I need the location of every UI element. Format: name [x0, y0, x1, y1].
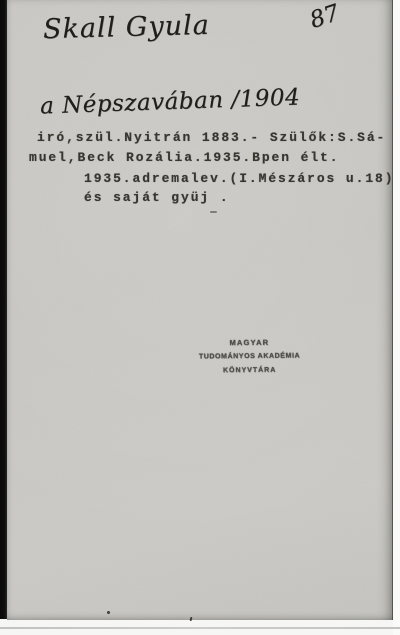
paper-speck	[107, 611, 110, 614]
stamp-line: TUDOMÁNYOS AKADÉMIA	[182, 349, 317, 364]
typed-biography-line: iró,szül.Nyitrán 1883.- Szülők:S.Sá-	[37, 130, 386, 145]
library-ownership-stamp: MAGYAR TUDOMÁNYOS AKADÉMIA KÖNYVTÁRA	[182, 335, 317, 378]
scan-right-margin	[393, 0, 400, 635]
scan-left-edge-bar	[0, 0, 7, 619]
typed-source-line: és saját gyüj .	[84, 190, 230, 205]
handwritten-title-line: a Népszavában /1904	[40, 84, 301, 119]
stamp-line: KÖNYVTÁRA	[182, 363, 317, 378]
handwritten-author-name: Skall Gyula	[43, 10, 211, 45]
stamp-line: MAGYAR	[182, 335, 317, 350]
typed-biography-line: muel,Beck Rozália.1935.Bpen élt.	[29, 150, 339, 165]
scan-bottom-line	[0, 627, 400, 629]
handwritten-corner-mark: 87	[307, 0, 343, 34]
scanned-page-background: Skall Gyula 87 a Népszavában /1904 iró,s…	[0, 0, 400, 635]
typed-source-line: 1935.adremalev.(I.Mészáros u.18)	[84, 171, 393, 186]
catalog-card: Skall Gyula 87 a Népszavában /1904 iró,s…	[7, 0, 393, 620]
scan-speck	[190, 617, 193, 621]
paper-speck	[210, 211, 217, 213]
paper-speck	[170, 21, 172, 23]
